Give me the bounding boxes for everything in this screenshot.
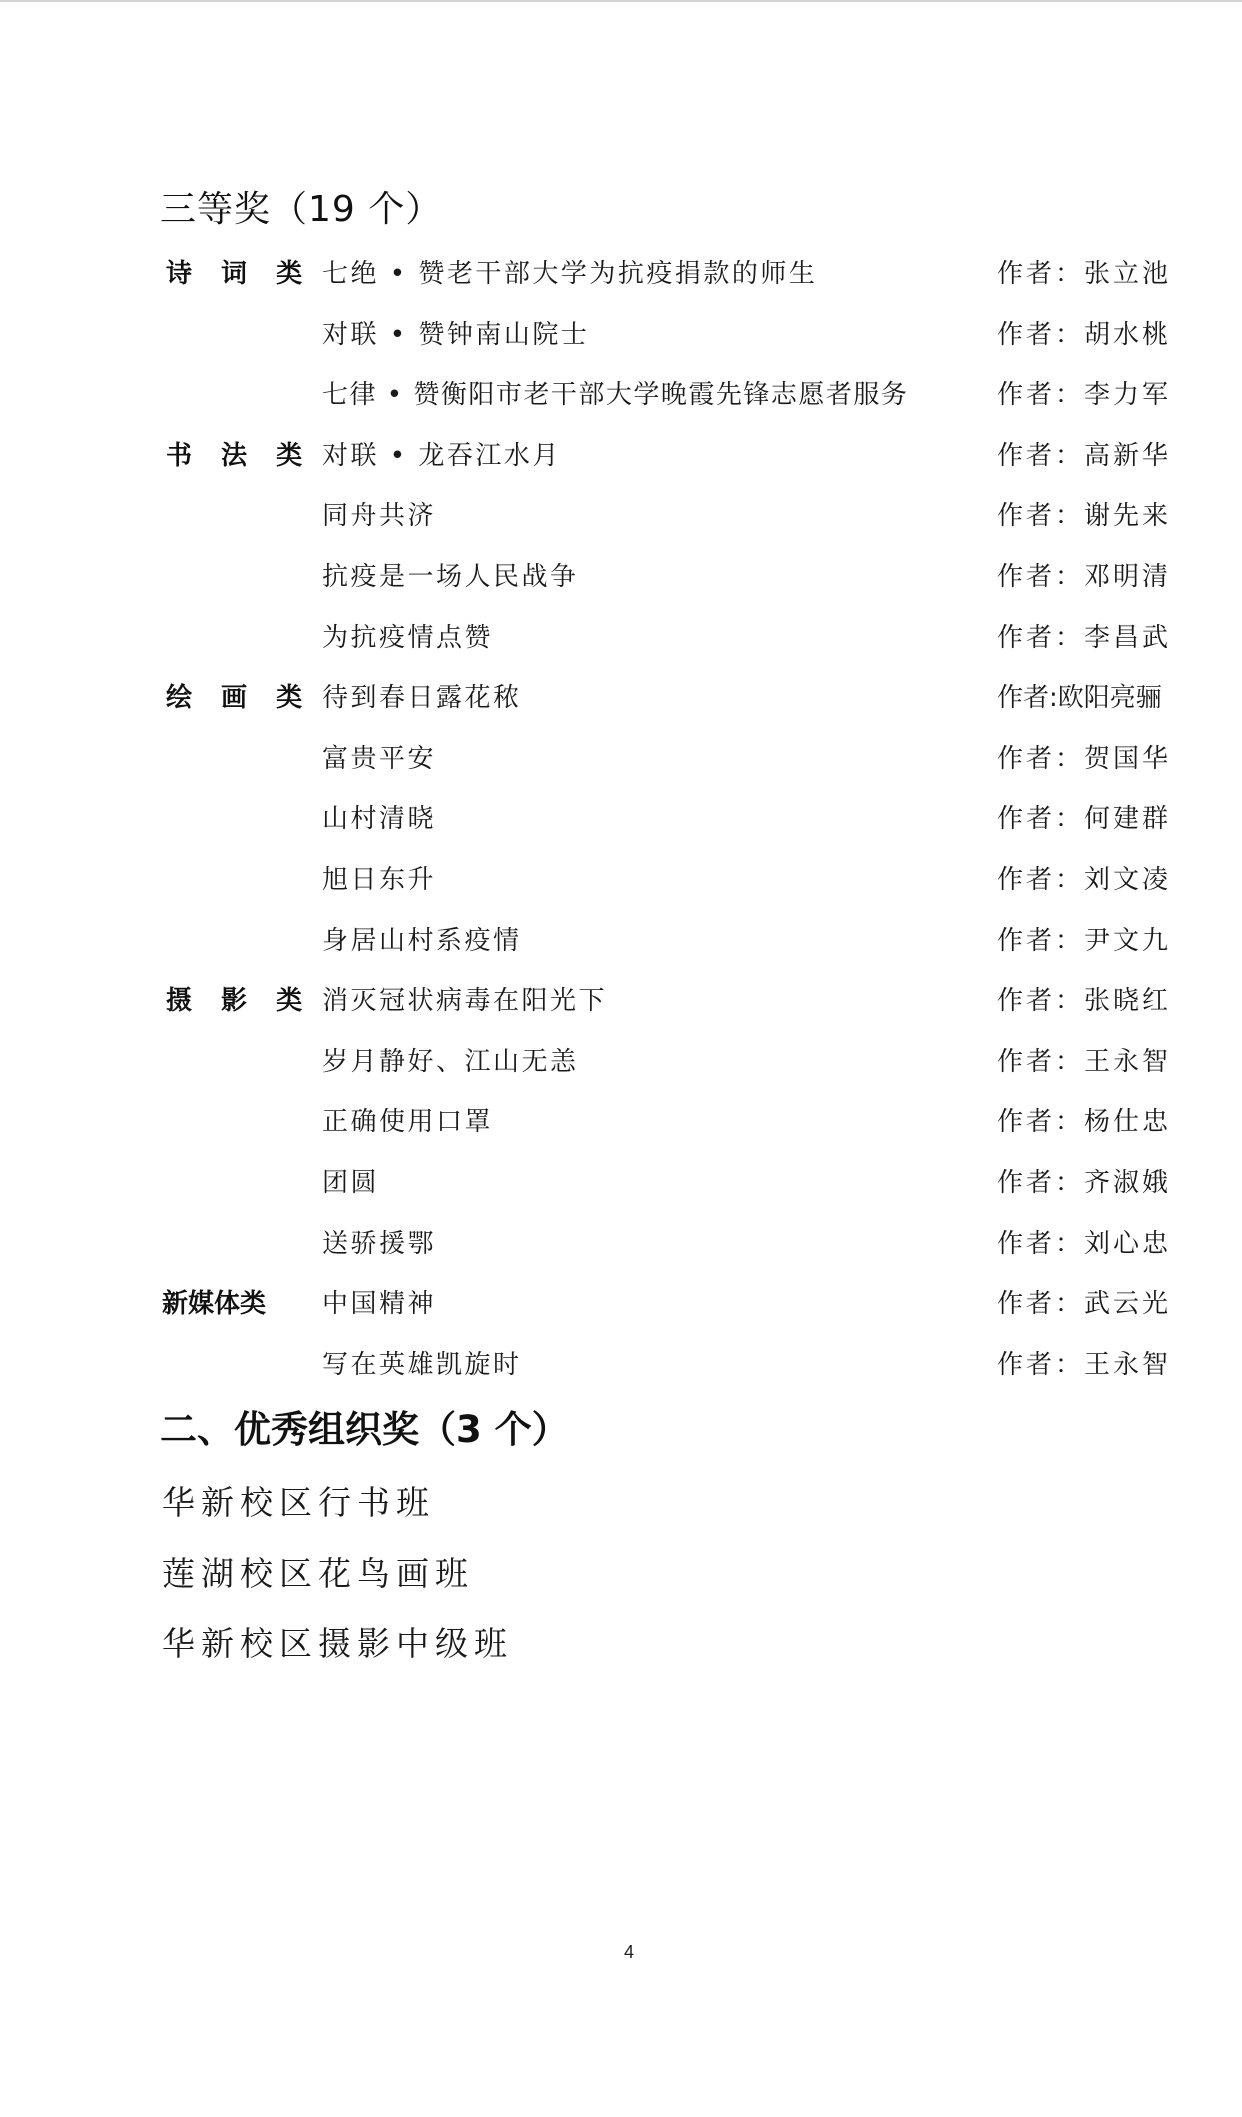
work-title: 同舟共济: [322, 499, 436, 533]
work-title: 待到春日露花秾: [322, 681, 522, 715]
work-title: 七绝 • 赞老干部大学为抗疫捐款的师生: [322, 257, 817, 291]
work-title: 团圆: [322, 1166, 379, 1200]
award-row: 抗疫是一场人民战争 作者：邓明清: [162, 548, 1192, 609]
organization-award-item: 华新校区摄影中级班: [162, 1621, 513, 1692]
work-author: 作者：李力军: [997, 378, 1171, 412]
organization-award-item: 莲湖校区花鸟画班: [162, 1551, 513, 1622]
work-author: 作者：王永智: [997, 1045, 1171, 1079]
third-prize-list: 诗 词 类 七绝 • 赞老干部大学为抗疫捐款的师生 作者：张立池 对联 • 赞钟…: [162, 245, 1192, 1396]
work-author: 作者：张立池: [997, 257, 1171, 291]
category-label-painting: 绘 画 类: [166, 681, 312, 715]
work-author: 作者：李昌武: [997, 621, 1171, 655]
work-title: 中国精神: [322, 1287, 436, 1321]
work-author: 作者：王永智: [997, 1348, 1171, 1382]
organization-award-heading: 二、优秀组织奖（3 个）: [160, 1404, 569, 1456]
work-title: 写在英雄凯旋时: [322, 1348, 522, 1382]
third-prize-heading: 三等奖（19 个）: [160, 186, 442, 234]
category-label-calligraphy: 书 法 类: [166, 439, 312, 473]
work-author: 作者：刘文凌: [997, 863, 1171, 897]
work-author: 作者：邓明清: [997, 560, 1171, 594]
work-author: 作者：胡水桃: [997, 318, 1171, 352]
award-row: 新媒体类 中国精神 作者：武云光: [162, 1275, 1192, 1336]
page-top-border: [0, 0, 1242, 2]
award-row: 山村清晓 作者：何建群: [162, 790, 1192, 851]
work-title: 山村清晓: [322, 802, 436, 836]
award-row: 诗 词 类 七绝 • 赞老干部大学为抗疫捐款的师生 作者：张立池: [162, 245, 1192, 306]
work-author: 作者：张晓红: [997, 984, 1171, 1018]
award-row: 为抗疫情点赞 作者：李昌武: [162, 609, 1192, 670]
work-title: 对联 • 龙吞江水月: [322, 439, 561, 473]
work-title: 身居山村系疫情: [322, 924, 522, 958]
award-row: 绘 画 类 待到春日露花秾 作者:欧阳亮骊: [162, 669, 1192, 730]
work-title: 消灭冠状病毒在阳光下: [322, 984, 607, 1018]
award-row: 对联 • 赞钟南山院士 作者：胡水桃: [162, 306, 1192, 367]
work-title: 送骄援鄂: [322, 1227, 436, 1261]
organization-award-item: 华新校区行书班: [162, 1480, 513, 1551]
category-label-poetry: 诗 词 类: [166, 257, 312, 291]
award-row: 旭日东升 作者：刘文凌: [162, 851, 1192, 912]
award-row: 正确使用口罩 作者：杨仕忠: [162, 1093, 1192, 1154]
work-title: 为抗疫情点赞: [322, 621, 493, 655]
award-row: 富贵平安 作者：贺国华: [162, 730, 1192, 791]
work-author: 作者：高新华: [997, 439, 1171, 473]
work-author: 作者：尹文九: [997, 924, 1171, 958]
work-title: 富贵平安: [322, 742, 436, 776]
work-title: 对联 • 赞钟南山院士: [322, 318, 589, 352]
category-label-photography: 摄 影 类: [166, 984, 312, 1018]
award-row: 身居山村系疫情 作者：尹文九: [162, 912, 1192, 973]
work-author: 作者:欧阳亮骊: [997, 681, 1162, 715]
work-author: 作者：何建群: [997, 802, 1171, 836]
organization-award-list: 华新校区行书班 莲湖校区花鸟画班 华新校区摄影中级班: [162, 1480, 513, 1692]
award-row: 摄 影 类 消灭冠状病毒在阳光下 作者：张晓红: [162, 972, 1192, 1033]
page-number: 4: [624, 1940, 634, 1964]
work-title: 旭日东升: [322, 863, 436, 897]
work-title: 岁月静好、江山无恙: [322, 1045, 579, 1079]
work-title: 七律 • 赞衡阳市老干部大学晚霞先锋志愿者服务: [322, 378, 908, 412]
work-author: 作者：杨仕忠: [997, 1105, 1171, 1139]
award-row: 写在英雄凯旋时 作者：王永智: [162, 1336, 1192, 1397]
award-row: 送骄援鄂 作者：刘心忠: [162, 1215, 1192, 1276]
award-row: 团圆 作者：齐淑娥: [162, 1154, 1192, 1215]
award-row: 书 法 类 对联 • 龙吞江水月 作者：高新华: [162, 427, 1192, 488]
work-title: 正确使用口罩: [322, 1105, 493, 1139]
work-title: 抗疫是一场人民战争: [322, 560, 579, 594]
work-author: 作者：刘心忠: [997, 1227, 1171, 1261]
award-row: 同舟共济 作者：谢先来: [162, 487, 1192, 548]
work-author: 作者：武云光: [997, 1287, 1171, 1321]
award-row: 岁月静好、江山无恙 作者：王永智: [162, 1033, 1192, 1094]
award-row: 七律 • 赞衡阳市老干部大学晚霞先锋志愿者服务 作者：李力军: [162, 366, 1192, 427]
category-label-new-media: 新媒体类: [162, 1287, 266, 1321]
work-author: 作者：贺国华: [997, 742, 1171, 776]
work-author: 作者：谢先来: [997, 499, 1171, 533]
work-author: 作者：齐淑娥: [997, 1166, 1171, 1200]
